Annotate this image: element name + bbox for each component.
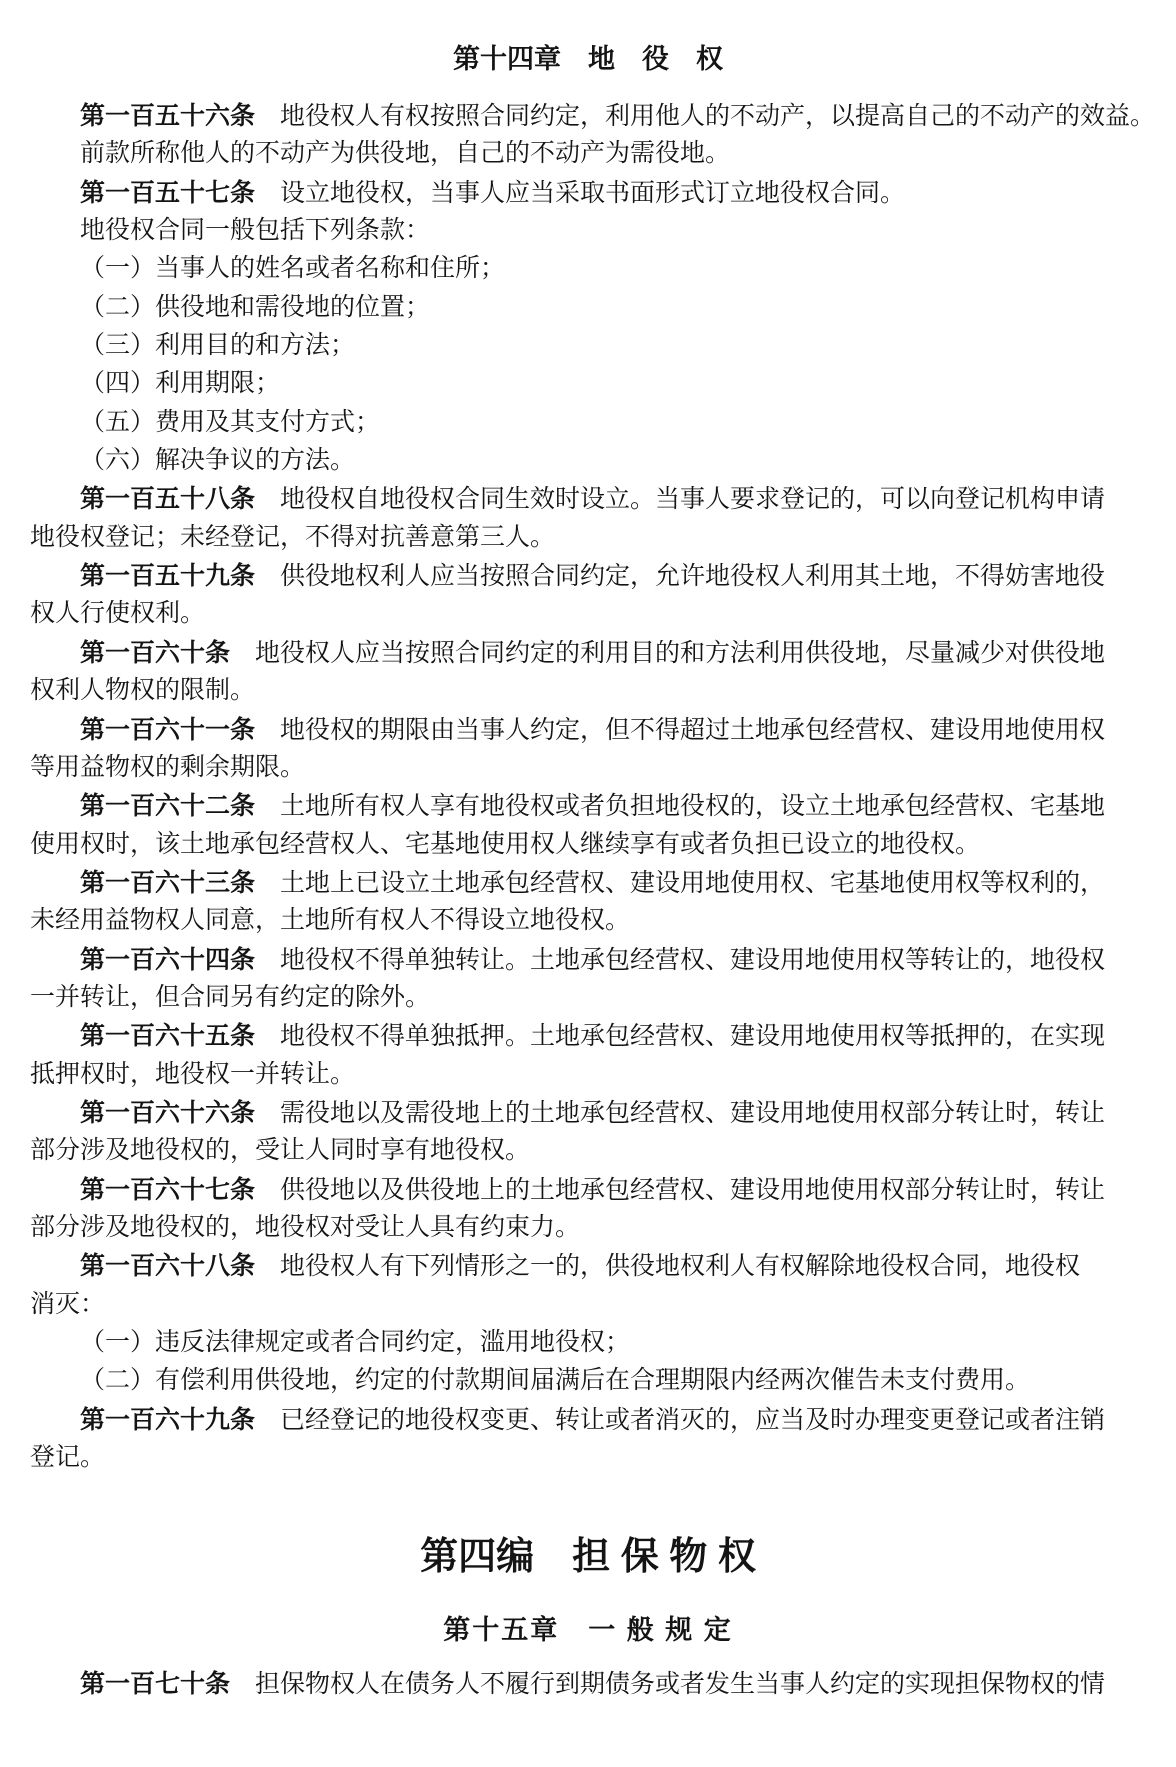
line-text: 地役权的期限由当事人约定，但不得超过土地承包经营权、建设用地使用权 (280, 717, 1105, 744)
line-text: 消灭： (30, 1291, 105, 1318)
line-text: 土地上已设立土地承包经营权、建设用地使用权、宅基地使用权等权利的， (280, 870, 1105, 897)
line-text: 部分涉及地役权的，受让人同时享有地役权。 (30, 1137, 530, 1164)
article-line: 第一百七十条担保物权人在债务人不履行到期债务或者发生当事人约定的实现担保物权的情 (30, 1665, 1152, 1703)
line-text: 担保物权人在债务人不履行到期债务或者发生当事人约定的实现担保物权的情 (255, 1671, 1105, 1698)
line-text: （一）违反法律规定或者合同约定，滥用地役权； (80, 1329, 630, 1356)
line-text: 抵押权时，地役权一并转让。 (30, 1061, 355, 1088)
line-text: 供役地权利人应当按照合同约定，允许地役权人利用其土地，不得妨害地役 (280, 563, 1105, 590)
text-line: （一）违反法律规定或者合同约定，滥用地役权； (30, 1324, 1152, 1362)
article-number: 第一百五十九条 (80, 562, 255, 590)
line-text: 地役权登记；未经登记，不得对抗善意第三人。 (30, 524, 555, 551)
text-line: 权利人物权的限制。 (30, 672, 1152, 710)
line-text: 供役地以及供役地上的土地承包经营权、建设用地使用权部分转让时，转让 (280, 1177, 1105, 1204)
line-text: 地役权人有权按照合同约定，利用他人的不动产，以提高自己的不动产的效益。 (280, 103, 1155, 130)
line-text: 等用益物权的剩余期限。 (30, 754, 305, 781)
article-line: 第一百五十七条设立地役权，当事人应当采取书面形式订立地役权合同。 (30, 174, 1152, 212)
article-line: 第一百六十七条供役地以及供役地上的土地承包经营权、建设用地使用权部分转让时，转让 (30, 1171, 1152, 1209)
text-line: 权人行使权利。 (30, 595, 1152, 633)
line-text: （五）费用及其支付方式； (80, 409, 380, 436)
text-line: 使用权时，该土地承包经营权人、宅基地使用权人继续享有或者负担已设立的地役权。 (30, 826, 1152, 864)
line-text: 地役权自地役权合同生效时设立。当事人要求登记的，可以向登记机构申请 (280, 486, 1105, 513)
text-line: 等用益物权的剩余期限。 (30, 749, 1152, 787)
line-text: （三）利用目的和方法； (80, 332, 355, 359)
article-170-block: 第一百七十条担保物权人在债务人不履行到期债务或者发生当事人约定的实现担保物权的情 (30, 1665, 1152, 1703)
article-line: 第一百六十二条土地所有权人享有地役权或者负担地役权的，设立土地承包经营权、宅基地 (30, 787, 1152, 825)
line-text: （一）当事人的姓名或者名称和住所； (80, 255, 505, 282)
line-text: 权利人物权的限制。 (30, 677, 255, 704)
text-line: （二）供役地和需役地的位置； (30, 289, 1152, 327)
article-number: 第一百六十七条 (80, 1176, 255, 1204)
text-line: 前款所称他人的不动产为供役地，自己的不动产为需役地。 (30, 135, 1152, 173)
article-number: 第一百六十八条 (80, 1252, 255, 1280)
article-line: 第一百六十五条地役权不得单独抵押。土地承包经营权、建设用地使用权等抵押的，在实现 (30, 1017, 1152, 1055)
article-number: 第一百七十条 (80, 1670, 230, 1698)
article-number: 第一百五十六条 (80, 102, 255, 130)
line-text: 地役权人有下列情形之一的，供役地权利人有权解除地役权合同，地役权 (280, 1253, 1080, 1280)
line-text: 地役权不得单独转让。土地承包经营权、建设用地使用权等转让的，地役权 (280, 947, 1105, 974)
text-line: （二）有偿利用供役地，约定的付款期间届满后在合理期限内经两次催告未支付费用。 (30, 1362, 1152, 1400)
line-text: 使用权时，该土地承包经营权人、宅基地使用权人继续享有或者负担已设立的地役权。 (30, 831, 980, 858)
line-text: 登记。 (30, 1444, 105, 1471)
chapter-14-heading: 第十四章 地 役 权 (0, 0, 1176, 78)
part-4-heading: 第四编 担 保 物 权 (0, 1534, 1176, 1580)
text-line: 地役权合同一般包括下列条款： (30, 212, 1152, 250)
article-line: 第一百六十六条需役地以及需役地上的土地承包经营权、建设用地使用权部分转让时，转让 (30, 1094, 1152, 1132)
text-line: 部分涉及地役权的，地役权对受让人具有约束力。 (30, 1209, 1152, 1247)
article-number: 第一百六十六条 (80, 1099, 255, 1127)
text-line: 消灭： (30, 1286, 1152, 1324)
line-text: （六）解决争议的方法。 (80, 447, 355, 474)
article-number: 第一百六十二条 (80, 792, 255, 820)
line-text: 未经用益物权人同意，土地所有权人不得设立地役权。 (30, 907, 630, 934)
text-line: 部分涉及地役权的，受让人同时享有地役权。 (30, 1132, 1152, 1170)
document-page: 第十四章 地 役 权 第一百五十六条地役权人有权按照合同约定，利用他人的不动产，… (0, 0, 1176, 1767)
article-number: 第一百六十条 (80, 639, 230, 667)
line-text: 设立地役权，当事人应当采取书面形式订立地役权合同。 (280, 180, 905, 207)
text-line: 一并转让，但合同另有约定的除外。 (30, 979, 1152, 1017)
text-line: （五）费用及其支付方式； (30, 404, 1152, 442)
article-number: 第一百六十五条 (80, 1022, 255, 1050)
article-line: 第一百六十三条土地上已设立土地承包经营权、建设用地使用权、宅基地使用权等权利的， (30, 864, 1152, 902)
line-text: 地役权合同一般包括下列条款： (80, 217, 430, 244)
article-line: 第一百五十八条地役权自地役权合同生效时设立。当事人要求登记的，可以向登记机构申请 (30, 480, 1152, 518)
article-line: 第一百六十八条地役权人有下列情形之一的，供役地权利人有权解除地役权合同，地役权 (30, 1247, 1152, 1285)
article-number: 第一百六十四条 (80, 946, 255, 974)
line-text: 已经登记的地役权变更、转让或者消灭的，应当及时办理变更登记或者注销 (280, 1407, 1105, 1434)
line-text: （二）供役地和需役地的位置； (80, 294, 430, 321)
article-line: 第一百六十九条已经登记的地役权变更、转让或者消灭的，应当及时办理变更登记或者注销 (30, 1401, 1152, 1439)
article-line: 第一百六十一条地役权的期限由当事人约定，但不得超过土地承包经营权、建设用地使用权 (30, 711, 1152, 749)
article-line: 第一百六十条地役权人应当按照合同约定的利用目的和方法利用供役地，尽量减少对供役地 (30, 634, 1152, 672)
line-text: 土地所有权人享有地役权或者负担地役权的，设立土地承包经营权、宅基地 (280, 793, 1105, 820)
text-line: 地役权登记；未经登记，不得对抗善意第三人。 (30, 519, 1152, 557)
line-text: 地役权人应当按照合同约定的利用目的和方法利用供役地，尽量减少对供役地 (255, 640, 1105, 667)
line-text: 一并转让，但合同另有约定的除外。 (30, 984, 430, 1011)
line-text: （四）利用期限； (80, 370, 280, 397)
text-line: （三）利用目的和方法； (30, 327, 1152, 365)
article-number: 第一百六十九条 (80, 1406, 255, 1434)
line-text: 前款所称他人的不动产为供役地，自己的不动产为需役地。 (80, 140, 730, 167)
articles-text-block: 第一百五十六条地役权人有权按照合同约定，利用他人的不动产，以提高自己的不动产的效… (30, 97, 1152, 1477)
article-number: 第一百六十三条 (80, 869, 255, 897)
text-line: （四）利用期限； (30, 365, 1152, 403)
line-text: 权人行使权利。 (30, 600, 205, 627)
article-line: 第一百五十九条供役地权利人应当按照合同约定，允许地役权人利用其土地，不得妨害地役 (30, 557, 1152, 595)
article-line: 第一百六十四条地役权不得单独转让。土地承包经营权、建设用地使用权等转让的，地役权 (30, 941, 1152, 979)
text-line: 抵押权时，地役权一并转让。 (30, 1056, 1152, 1094)
text-line: （六）解决争议的方法。 (30, 442, 1152, 480)
article-number: 第一百六十一条 (80, 716, 255, 744)
article-number: 第一百五十七条 (80, 179, 255, 207)
line-text: 部分涉及地役权的，地役权对受让人具有约束力。 (30, 1214, 580, 1241)
text-line: （一）当事人的姓名或者名称和住所； (30, 250, 1152, 288)
article-number: 第一百五十八条 (80, 485, 255, 513)
article-line: 第一百五十六条地役权人有权按照合同约定，利用他人的不动产，以提高自己的不动产的效… (30, 97, 1152, 135)
line-text: 地役权不得单独抵押。土地承包经营权、建设用地使用权等抵押的，在实现 (280, 1023, 1105, 1050)
text-line: 未经用益物权人同意，土地所有权人不得设立地役权。 (30, 902, 1152, 940)
text-line: 登记。 (30, 1439, 1152, 1477)
chapter-15-heading: 第十五章 一 般 规 定 (0, 1610, 1176, 1650)
line-text: （二）有偿利用供役地，约定的付款期间届满后在合理期限内经两次催告未支付费用。 (80, 1367, 1030, 1394)
line-text: 需役地以及需役地上的土地承包经营权、建设用地使用权部分转让时，转让 (280, 1100, 1105, 1127)
